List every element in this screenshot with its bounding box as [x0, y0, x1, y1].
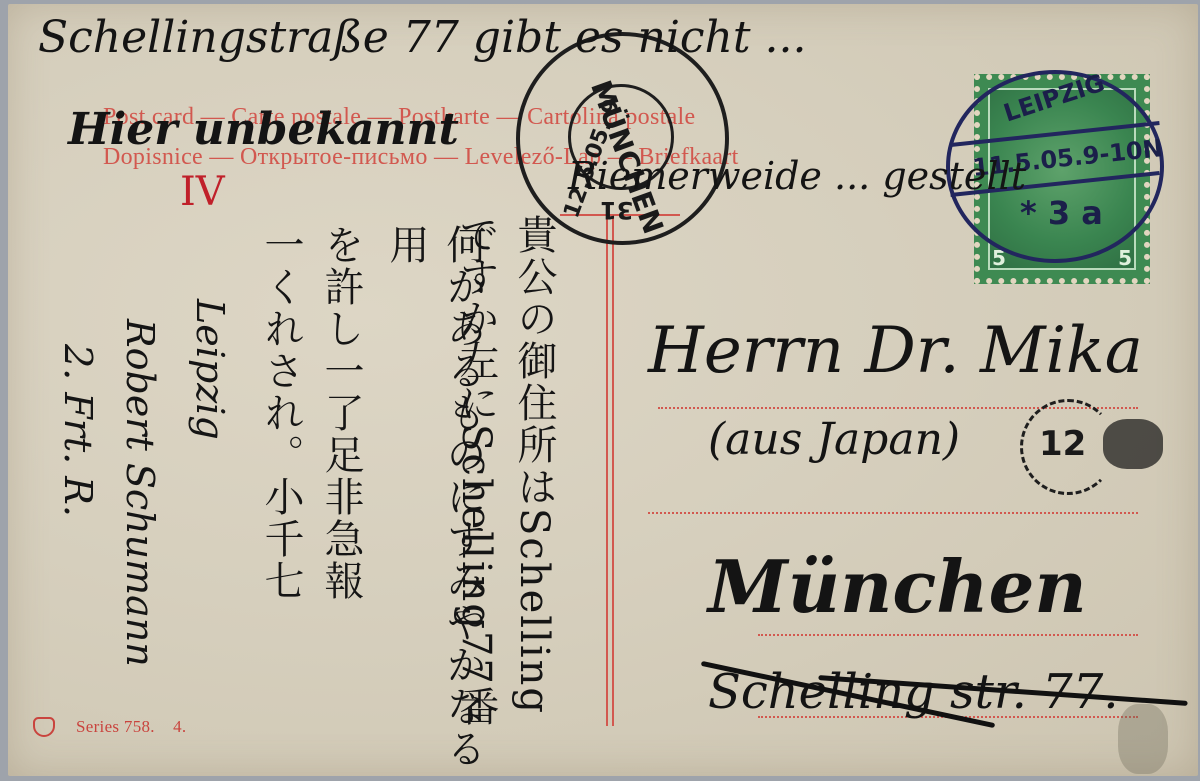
recipient-note: (aus Japan): [708, 414, 960, 465]
small-postmark: 12: [1020, 399, 1116, 495]
recipient-city: München: [708, 544, 1087, 629]
handwritten-forward-note: Riemerweide ... gestellt: [568, 154, 1026, 198]
japanese-column-4: を許し一了足非急報: [313, 224, 370, 602]
postmark-office: * 3 a: [1020, 194, 1103, 232]
series-label: Series 758. 4.: [76, 717, 186, 737]
red-mark: IV: [180, 169, 225, 215]
sender-name: Robert Schumann: [118, 319, 162, 667]
postcard: Post card — Carte postale — Postkarte — …: [8, 4, 1198, 776]
handwritten-top-note: Schellingstraße 77 gibt es nicht ...: [38, 12, 807, 63]
postmark-number: 31: [600, 196, 633, 224]
center-divider: [606, 214, 614, 726]
ink-smudge: [1103, 419, 1163, 469]
sender-date: 2. Frt. R.: [56, 344, 100, 517]
address-line-3: [758, 634, 1138, 636]
recipient-name: Herrn Dr. Mika: [648, 314, 1143, 388]
japanese-column-1: 貴公の御住所はSchelling: [506, 214, 563, 715]
small-postmark-number: 12: [1039, 424, 1086, 464]
sender-city: Leipzig: [188, 299, 232, 440]
publisher-logo-icon: [33, 717, 55, 737]
postmark-city: LEIPZIG: [1000, 69, 1108, 128]
address-line-2: [648, 512, 1138, 514]
japanese-column-5: 一くれされ。小千七: [253, 224, 310, 602]
japanese-column-3: 何かあるものにすみやかなる用: [378, 224, 492, 776]
water-stain: [1118, 704, 1168, 774]
stamp-value-right: 5: [1118, 246, 1132, 270]
handwritten-unknown-note: Hier unbekannt: [68, 104, 459, 155]
